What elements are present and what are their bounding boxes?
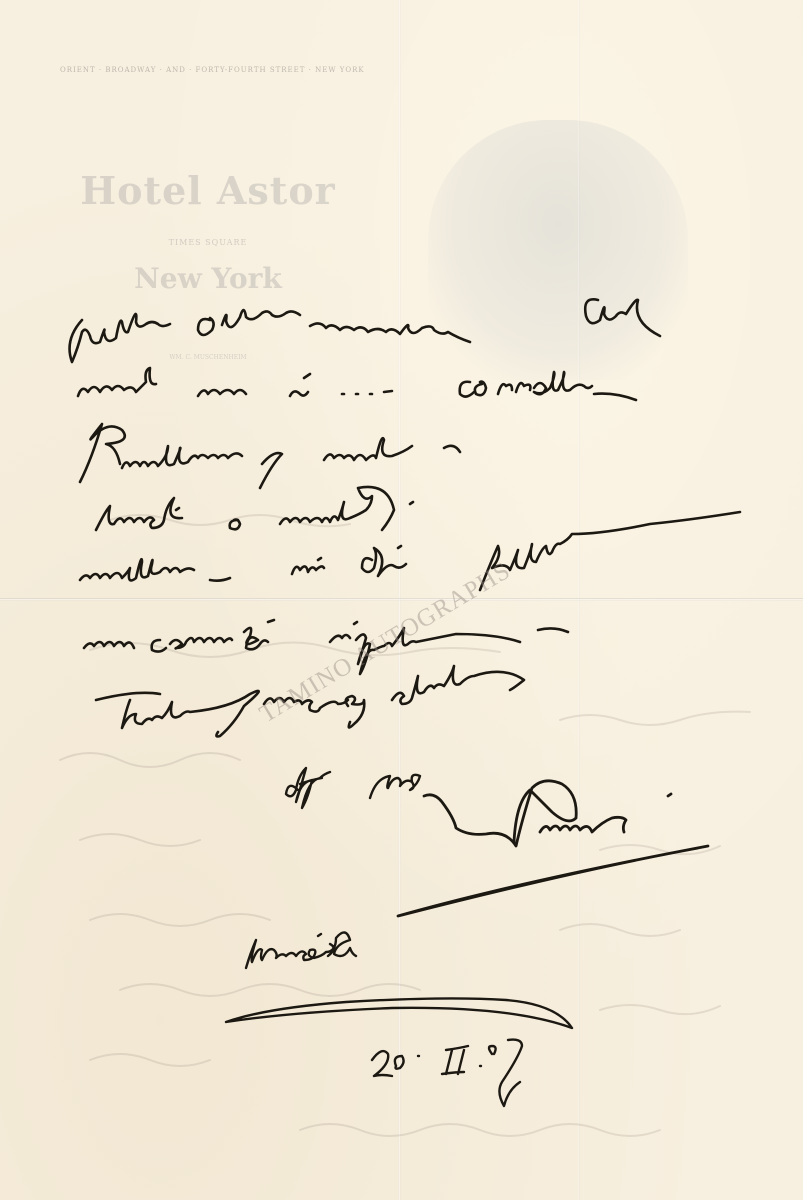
closing: aff.mo [288,770,351,794]
body-line-1: Quella Ottava meraviglia del [60,305,351,329]
signature: G. Puccini [430,790,532,814]
handwriting [0,0,803,1200]
body-line-5: mattina - mi dia subito [78,555,307,579]
dateline-weekday: Mercoledì [240,940,343,964]
dateline-date: 20 · II · 07 [368,1048,473,1072]
body-line-3: Rimettiamo per quale a [76,440,315,464]
body-line-4: lunedì o martedì [90,500,257,524]
letter-sheet: ORIENT · BROADWAY · AND · FORTY-FOURTH S… [0,0,803,1200]
body-line-6: un cenno di risposta - [80,625,299,649]
body-line-2: mondo non è ... corretto - [70,372,328,396]
